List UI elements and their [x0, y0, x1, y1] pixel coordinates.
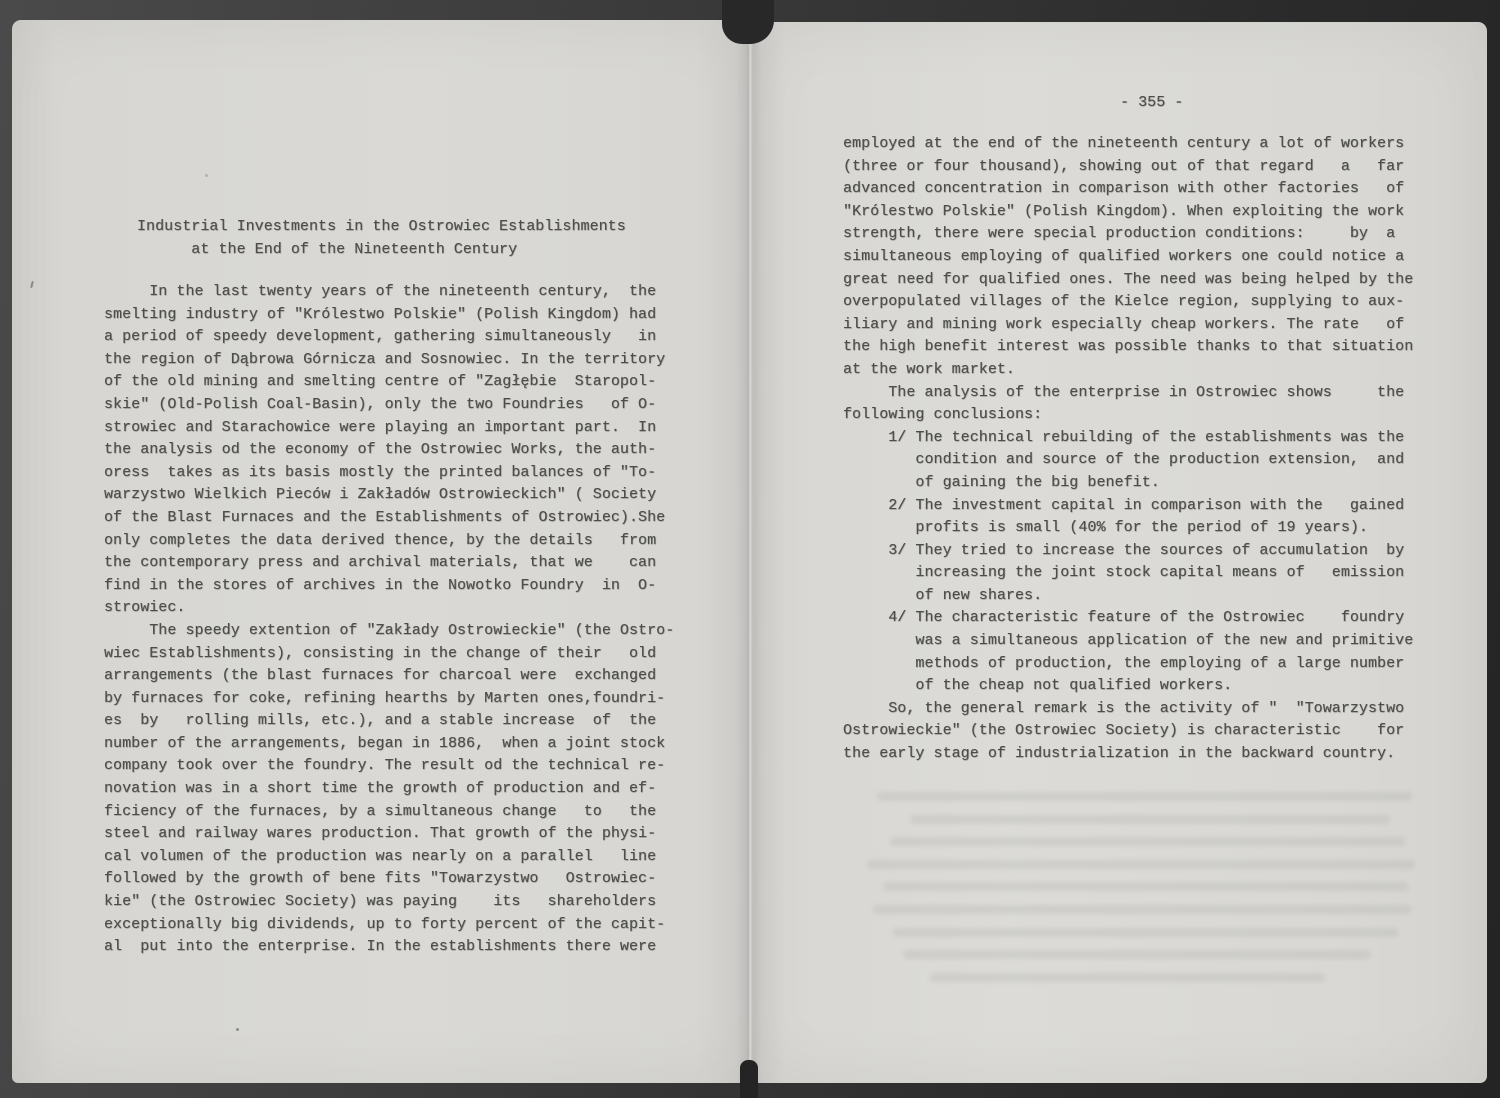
text-line: number of the arrangements, began in 188…	[104, 733, 674, 756]
text-line: the contemporary press and archival mate…	[104, 552, 674, 575]
text-line: cal volumen of the production was nearly…	[104, 846, 674, 869]
text-line: employed at the end of the nineteenth ce…	[843, 133, 1413, 156]
text-line: the analysis od the economy of the Ostro…	[104, 439, 674, 462]
text-line: of gaining the big benefit.	[843, 472, 1413, 495]
text-line: 1/ The technical rebuilding of the estab…	[843, 427, 1413, 450]
text-line: the early stage of industrialization in …	[843, 743, 1413, 766]
right-page-text: employed at the end of the nineteenth ce…	[843, 133, 1413, 766]
ink-speck	[205, 174, 208, 177]
text-line: strowiec and Starachowice were playing a…	[104, 417, 674, 440]
text-line: The speedy extention of "Zakłady Ostrowi…	[104, 620, 674, 643]
text-line: wiec Establishments), consisting in the …	[104, 643, 674, 666]
left-page-text: In the last twenty years of the nineteen…	[104, 281, 674, 959]
text-line: Industrial Investments in the Ostrowiec …	[137, 216, 626, 239]
text-line: methods of production, the employing of …	[843, 653, 1413, 676]
text-line: warzystwo Wielkich Pieców i Zakładów Ost…	[104, 484, 674, 507]
text-line: arrangements (the blast furnaces for cha…	[104, 665, 674, 688]
text-line: skie" (Old-Polish Coal-Basin), only the …	[104, 394, 674, 417]
text-line: company took over the foundry. The resul…	[104, 755, 674, 778]
bleed-through-line	[873, 905, 1411, 914]
text-line: 3/ They tried to increase the sources of…	[843, 540, 1413, 563]
text-line: was a simultaneous application of the ne…	[843, 630, 1413, 653]
text-line: at the End of the Nineteenth Century	[137, 239, 626, 262]
text-line: kie" (the Ostrowiec Society) was paying …	[104, 891, 674, 914]
text-line: find in the stores of archives in the No…	[104, 575, 674, 598]
text-line: es by rolling mills, etc.), and a stable…	[104, 710, 674, 733]
text-line: great need for qualified ones. The need …	[843, 269, 1413, 292]
text-line: exceptionally big dividends, up to forty…	[104, 914, 674, 937]
text-line: a period of speedy development, gatherin…	[104, 326, 674, 349]
text-line: of the cheap not qualified workers.	[843, 675, 1413, 698]
text-line: oress takes as its basis mostly the prin…	[104, 462, 674, 485]
text-line: So, the general remark is the activity o…	[843, 698, 1413, 721]
bleed-through-line	[910, 815, 1390, 824]
book-scan: Industrial Investments in the Ostrowiec …	[0, 0, 1500, 1098]
text-line: of new shares.	[843, 585, 1413, 608]
bleed-through-text	[865, 792, 1425, 995]
bleed-through-line	[890, 837, 1405, 846]
binding-tape-bottom	[740, 1060, 758, 1098]
text-line: at the work market.	[843, 359, 1413, 382]
page-number: - 355 -	[1120, 92, 1183, 115]
text-line: by furnaces for coke, refining hearths b…	[104, 688, 674, 711]
bleed-through-line	[930, 973, 1325, 982]
text-line: of the old mining and smelting centre of…	[104, 371, 674, 394]
text-line: increasing the joint stock capital means…	[843, 562, 1413, 585]
binding-tape-top	[722, 0, 774, 44]
bleed-through-line	[893, 928, 1398, 937]
text-line: simultaneous employing of qualified work…	[843, 246, 1413, 269]
text-line: iliary and mining work especially cheap …	[843, 314, 1413, 337]
text-line: followed by the growth of bene fits "Tow…	[104, 868, 674, 891]
text-line: 4/ The characteristic feature of the Ost…	[843, 607, 1413, 630]
text-line: smelting industry of "Królestwo Polskie"…	[104, 304, 674, 327]
text-line: advanced concentration in comparison wit…	[843, 178, 1413, 201]
text-line: The analysis of the enterprise in Ostrow…	[843, 382, 1413, 405]
bleed-through-line	[903, 950, 1371, 959]
text-line: "Królestwo Polskie" (Polish Kingdom). Wh…	[843, 201, 1413, 224]
article-title: Industrial Investments in the Ostrowiec …	[137, 216, 626, 261]
text-line: al put into the enterprise. In the estab…	[104, 936, 674, 959]
text-line: novation was in a short time the growth …	[104, 778, 674, 801]
bleed-through-line	[883, 882, 1408, 891]
text-line: profits is small (40% for the period of …	[843, 517, 1413, 540]
text-line: following conclusions:	[843, 404, 1413, 427]
text-line: the region of Dąbrowa Górnicza and Sosno…	[104, 349, 674, 372]
text-line: of the Blast Furnaces and the Establishm…	[104, 507, 674, 530]
text-line: ficiency of the furnaces, by a simultane…	[104, 801, 674, 824]
text-line: In the last twenty years of the nineteen…	[104, 281, 674, 304]
text-line: overpopulated villages of the Kielce reg…	[843, 291, 1413, 314]
text-line: (three or four thousand), showing out of…	[843, 156, 1413, 179]
text-line: only completes the data derived thence, …	[104, 530, 674, 553]
text-line: the high benefit interest was possible t…	[843, 336, 1413, 359]
bleed-through-line	[877, 792, 1412, 801]
ink-speck	[236, 1028, 239, 1031]
text-line: strength, there were special production …	[843, 223, 1413, 246]
text-line: condition and source of the production e…	[843, 449, 1413, 472]
text-line: Ostrowieckie" (the Ostrowiec Society) is…	[843, 720, 1413, 743]
bleed-through-line	[867, 860, 1415, 869]
text-line: steel and railway wares production. That…	[104, 823, 674, 846]
book-spine	[736, 20, 762, 1083]
text-line: strowiec.	[104, 597, 674, 620]
text-line: 2/ The investment capital in comparison …	[843, 495, 1413, 518]
